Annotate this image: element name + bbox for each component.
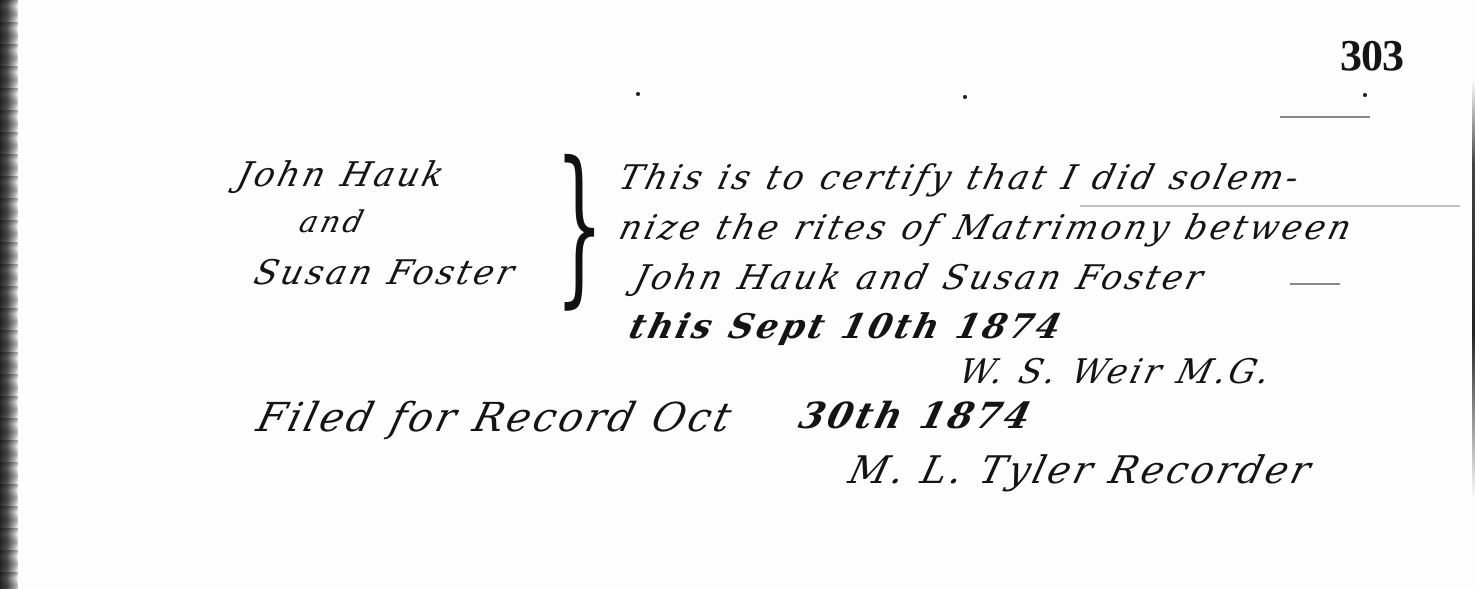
ink-speck xyxy=(963,95,967,99)
curly-brace-icon: } xyxy=(555,140,604,310)
filed-date: 30th 1874 xyxy=(795,395,1038,437)
certificate-line-3: John Hauk and Susan Foster xyxy=(630,258,1210,298)
groom-name: John Hauk xyxy=(233,155,451,195)
officiant-signature: W. S. Weir M.G. xyxy=(955,352,1277,392)
page-number: 303 xyxy=(1340,30,1403,81)
ink-speck xyxy=(636,92,640,96)
conjunction: and xyxy=(296,205,370,240)
ink-speck xyxy=(1363,93,1367,97)
certificate-line-2: nize the rites of Matrimony between xyxy=(615,208,1358,248)
certificate-date: this Sept 10th 1874 xyxy=(625,307,1068,347)
faint-ruling-line xyxy=(1280,116,1370,118)
recorder-signature: M. L. Tyler Recorder xyxy=(845,448,1319,492)
document-page: 303 John Hauk and Susan Foster } This is… xyxy=(0,0,1475,589)
faint-ruling-line xyxy=(1290,283,1340,285)
binding-edge xyxy=(0,0,18,589)
bride-name: Susan Foster xyxy=(250,253,521,293)
certificate-line-1: This is to certify that I did solem- xyxy=(615,158,1306,198)
faint-ruling-line xyxy=(1080,205,1460,207)
filed-for-record: Filed for Record Oct xyxy=(252,395,739,441)
